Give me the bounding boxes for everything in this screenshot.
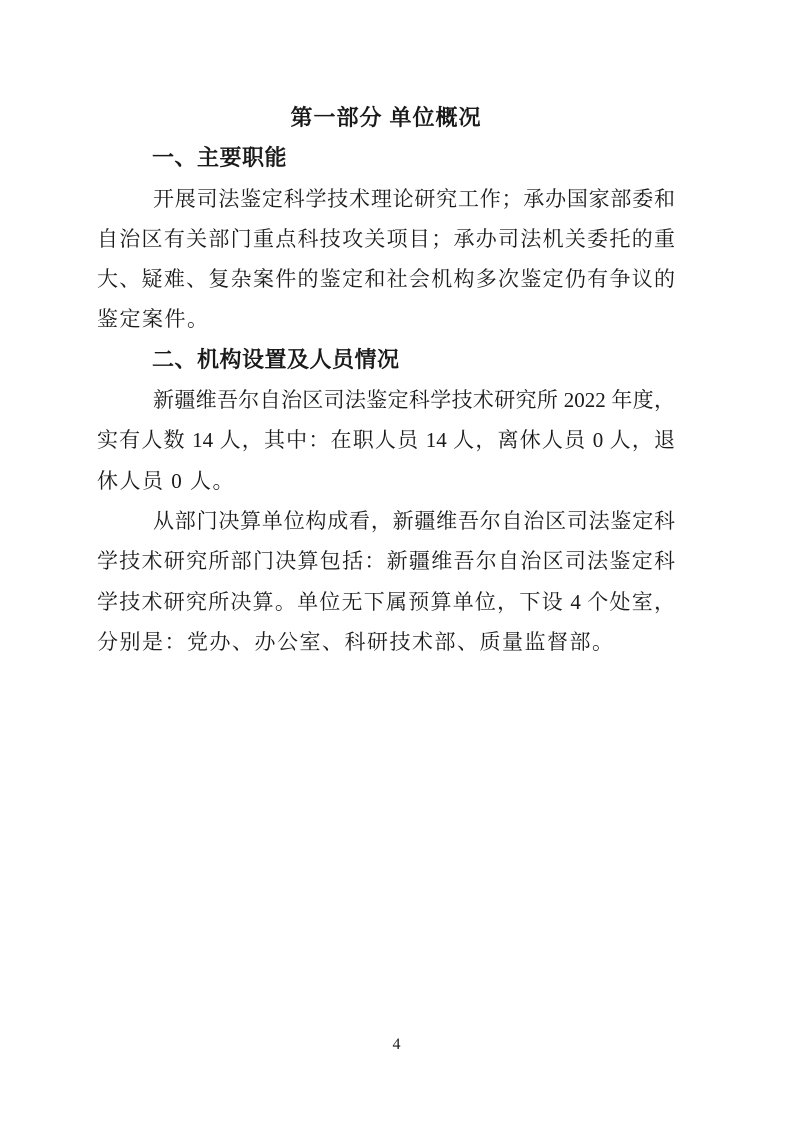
section-2-paragraph-2-line-1: 从部门决算单位构成看，新疆维吾尔自治区司法鉴定科 xyxy=(97,501,675,541)
section-2-heading: 二、机构设置及人员情况 xyxy=(97,340,675,380)
section-2-paragraph-1-line-2: 实有人数 14 人，其中：在职人员 14 人，离休人员 0 人，退 xyxy=(97,420,675,460)
document-title: 第一部分 单位概况 xyxy=(97,98,675,138)
section-2-paragraph-1-line-3: 休人员 0 人。 xyxy=(97,461,675,501)
document-content: 第一部分 单位概况 一、主要职能 开展司法鉴定科学技术理论研究工作；承办国家部委… xyxy=(97,98,675,662)
document-page: 第一部分 单位概况 一、主要职能 开展司法鉴定科学技术理论研究工作；承办国家部委… xyxy=(0,0,793,1122)
page-number: 4 xyxy=(0,1036,793,1054)
section-1-paragraph-1-line-4: 鉴定案件。 xyxy=(97,299,675,339)
section-2-paragraph-2-line-2: 学技术研究所部门决算包括：新疆维吾尔自治区司法鉴定科 xyxy=(97,541,675,581)
section-1-paragraph-1-line-3: 大、疑难、复杂案件的鉴定和社会机构多次鉴定仍有争议的 xyxy=(97,259,675,299)
section-2-paragraph-2-line-4: 分别是：党办、办公室、科研技术部、质量监督部。 xyxy=(97,622,675,662)
section-1-paragraph-1-line-1: 开展司法鉴定科学技术理论研究工作；承办国家部委和 xyxy=(97,179,675,219)
section-1-paragraph-1-line-2: 自治区有关部门重点科技攻关项目；承办司法机关委托的重 xyxy=(97,219,675,259)
section-1-heading: 一、主要职能 xyxy=(97,138,675,178)
section-2-paragraph-1-line-1: 新疆维吾尔自治区司法鉴定科学技术研究所 2022 年度， xyxy=(97,380,675,420)
section-2-paragraph-2-line-3: 学技术研究所决算。单位无下属预算单位，下设 4 个处室， xyxy=(97,582,675,622)
